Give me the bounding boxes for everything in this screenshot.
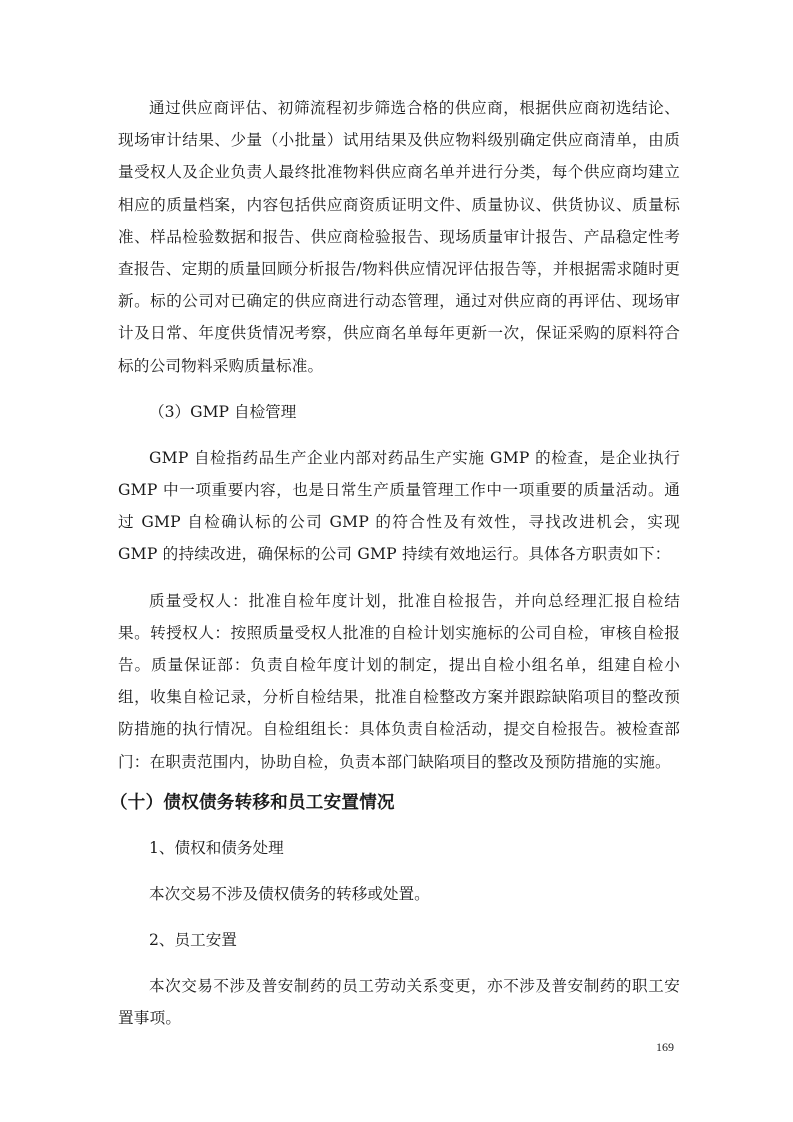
document-page: 通过供应商评估、初筛流程初步筛选合格的供应商，根据供应商初选结论、现场审计结果、… (0, 0, 793, 1122)
subsection-title-debt: 1、债权和债务处理 (118, 832, 680, 864)
section-heading-debt-transfer: （十）债权债务转移和员工安置情况 (110, 788, 680, 818)
paragraph-supplier-management: 通过供应商评估、初筛流程初步筛选合格的供应商，根据供应商初选结论、现场审计结果、… (118, 92, 680, 382)
paragraph-gmp-duties: 质量受权人：批准自检年度计划，批准自检报告，并向总经理汇报自检结果。转授权人：按… (118, 585, 680, 778)
paragraph-gmp-intro: GMP 自检指药品生产企业内部对药品生产实施 GMP 的检查，是企业执行 GMP… (118, 442, 680, 571)
subheading-gmp-self-inspection: （3）GMP 自检管理 (118, 396, 680, 428)
subsection-title-staff: 2、员工安置 (118, 924, 680, 956)
page-number: 169 (656, 1040, 674, 1055)
subsection-body-debt: 本次交易不涉及债权债务的转移或处置。 (118, 878, 680, 910)
page-content: 通过供应商评估、初筛流程初步筛选合格的供应商，根据供应商初选结论、现场审计结果、… (118, 92, 680, 1034)
subsection-body-staff: 本次交易不涉及普安制药的员工劳动关系变更，亦不涉及普安制药的职工安置事项。 (118, 970, 680, 1034)
